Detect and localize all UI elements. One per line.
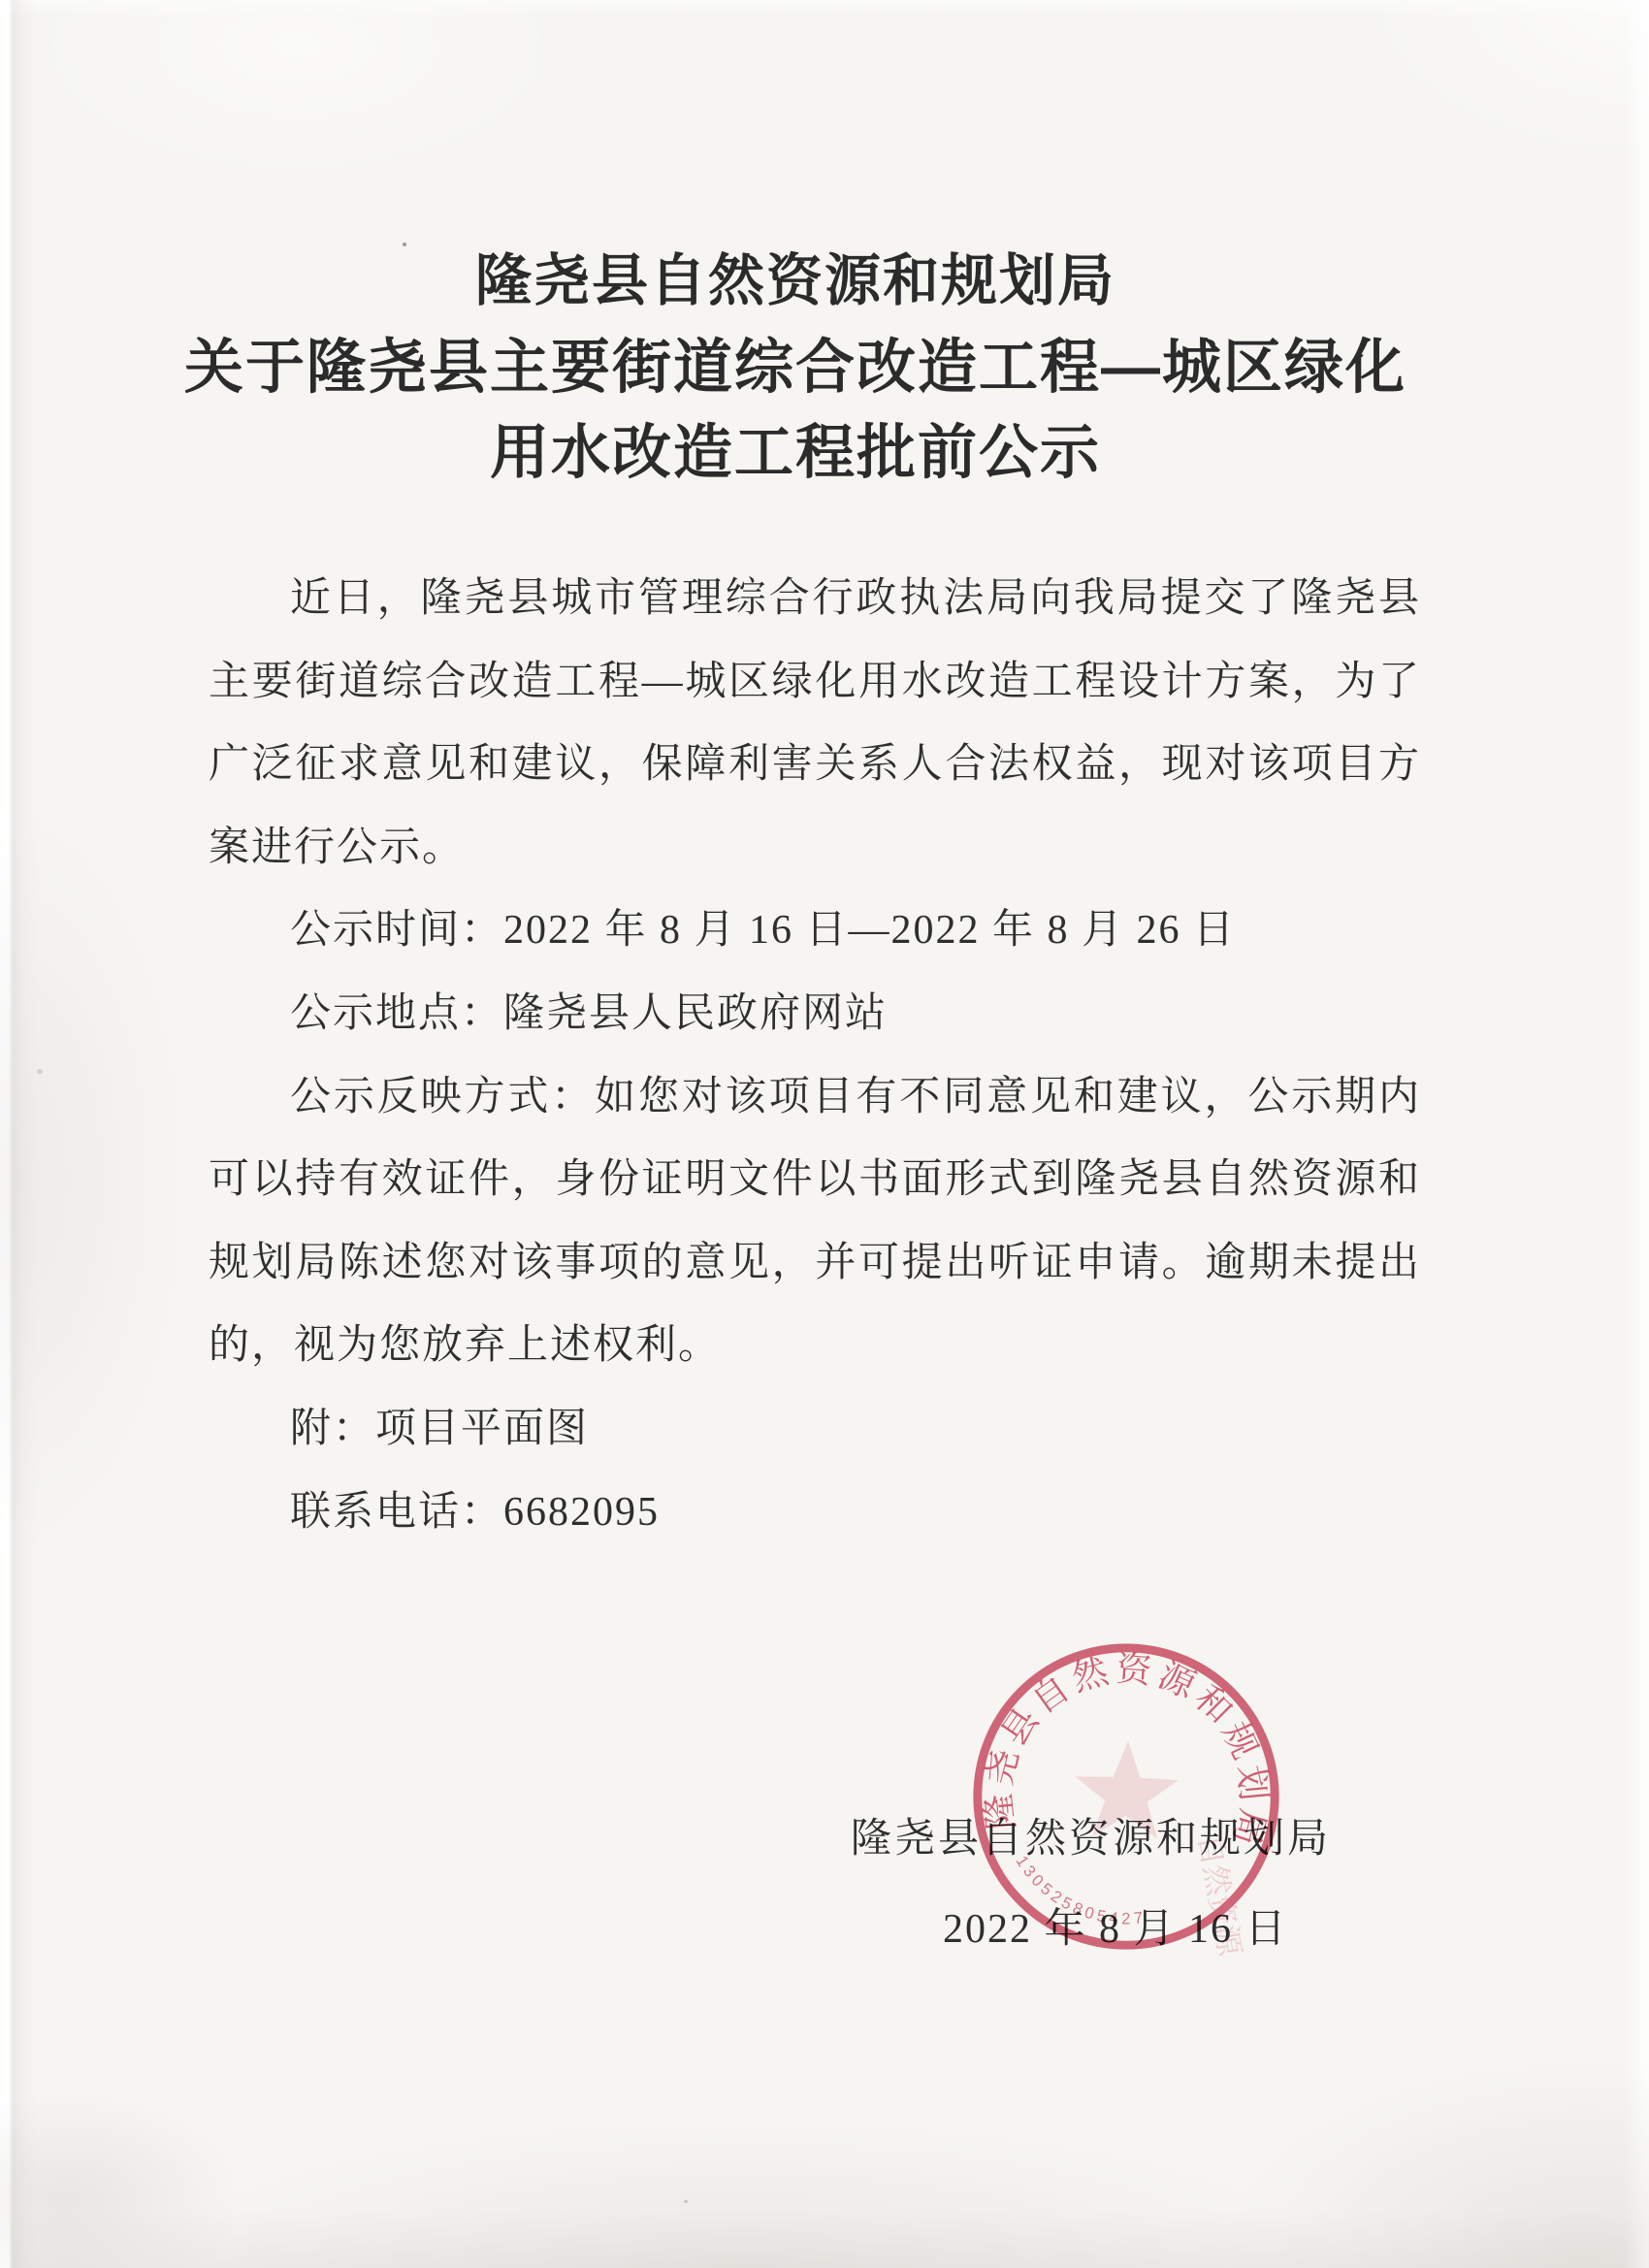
body-line: 规划局陈述您对该事项的意见，并可提出听证申请。逾期未提出 bbox=[209, 1222, 1421, 1306]
body-line: 公示反映方式：如您对该项目有不同意见和建议，公示期内 bbox=[209, 1056, 1421, 1140]
signature-agency: 隆尧县自然资源和规划局 bbox=[851, 1806, 1331, 1864]
scanned-notice-page: 隆尧县自然资源和规划局关于隆尧县主要街道综合改造工程—城区绿化用水改造工程批前公… bbox=[0, 0, 1649, 2268]
title-line-2: 关于隆尧县主要街道综合改造工程—城区绿化 bbox=[145, 324, 1445, 409]
signature-date: 2022 年 8 月 16 日 bbox=[943, 1896, 1288, 1955]
body-line: 附：项目平面图 bbox=[209, 1388, 1421, 1472]
title-line-3: 用水改造工程批前公示 bbox=[145, 409, 1445, 495]
body-line: 广泛征求意见和建议，保障利害关系人合法权益，现对该项目方 bbox=[209, 724, 1421, 807]
body-line: 公示地点：隆尧县人民政府网站 bbox=[209, 973, 1421, 1056]
body-line: 案进行公示。 bbox=[209, 807, 1421, 891]
body-line: 公示时间：2022 年 8 月 16 日—2022 年 8 月 26 日 bbox=[209, 890, 1421, 973]
body-line: 的，视为您放弃上述权利。 bbox=[209, 1305, 1421, 1388]
title-line-1: 隆尧县自然资源和规划局 bbox=[145, 239, 1445, 324]
scan-speck bbox=[37, 1069, 43, 1074]
document-title: 隆尧县自然资源和规划局关于隆尧县主要街道综合改造工程—城区绿化用水改造工程批前公… bbox=[145, 239, 1445, 495]
body-line: 可以持有效证件，身份证明文件以书面形式到隆尧县自然资源和 bbox=[209, 1139, 1421, 1222]
body-line: 联系电话：6682095 bbox=[209, 1472, 1421, 1555]
body-line: 近日，隆尧县城市管理综合行政执法局向我局提交了隆尧县 bbox=[209, 558, 1421, 641]
body-line: 主要街道综合改造工程—城区绿化用水改造工程设计方案，为了 bbox=[209, 641, 1421, 725]
scan-speck bbox=[403, 243, 406, 246]
scan-speck bbox=[684, 2200, 688, 2203]
body-text: 近日，隆尧县城市管理综合行政执法局向我局提交了隆尧县主要街道综合改造工程—城区绿… bbox=[209, 558, 1421, 1554]
